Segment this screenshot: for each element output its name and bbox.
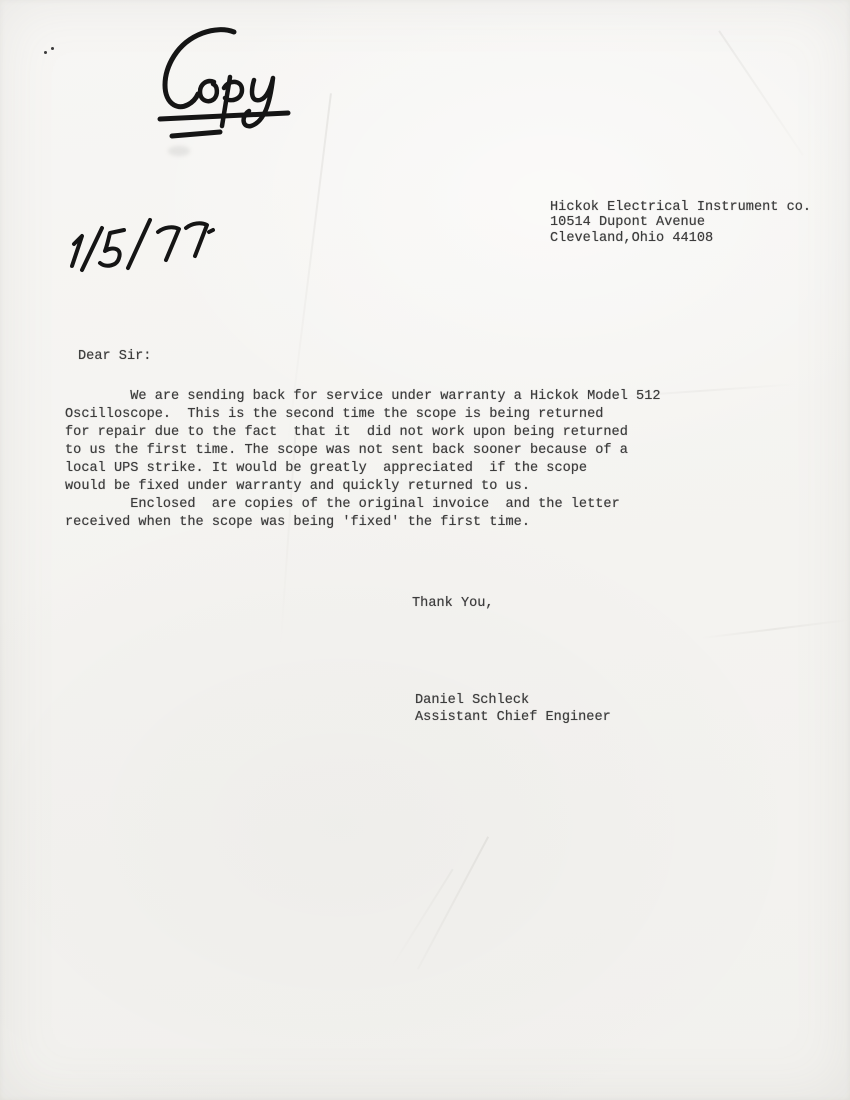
signature-title: Assistant Chief Engineer — [415, 709, 611, 727]
paper-crease — [388, 869, 453, 972]
scanned-letter-page: Hickok Electrical Instrument co. 10514 D… — [0, 0, 850, 1100]
paper-crease — [700, 619, 849, 639]
handwritten-date — [62, 202, 227, 274]
handwritten-copy-annotation — [150, 22, 310, 144]
paper-speck — [51, 47, 54, 50]
paper-smudge — [168, 146, 190, 156]
paper-crease — [718, 30, 804, 155]
letter-body: We are sending back for service under wa… — [65, 388, 705, 532]
closing-thanks: Thank You, — [412, 595, 494, 613]
salutation: Dear Sir: — [78, 348, 151, 366]
letterhead-address: Hickok Electrical Instrument co. 10514 D… — [550, 200, 811, 246]
paper-speck — [44, 51, 47, 54]
paper-crease — [417, 836, 489, 969]
signature-name: Daniel Schleck — [415, 692, 529, 710]
